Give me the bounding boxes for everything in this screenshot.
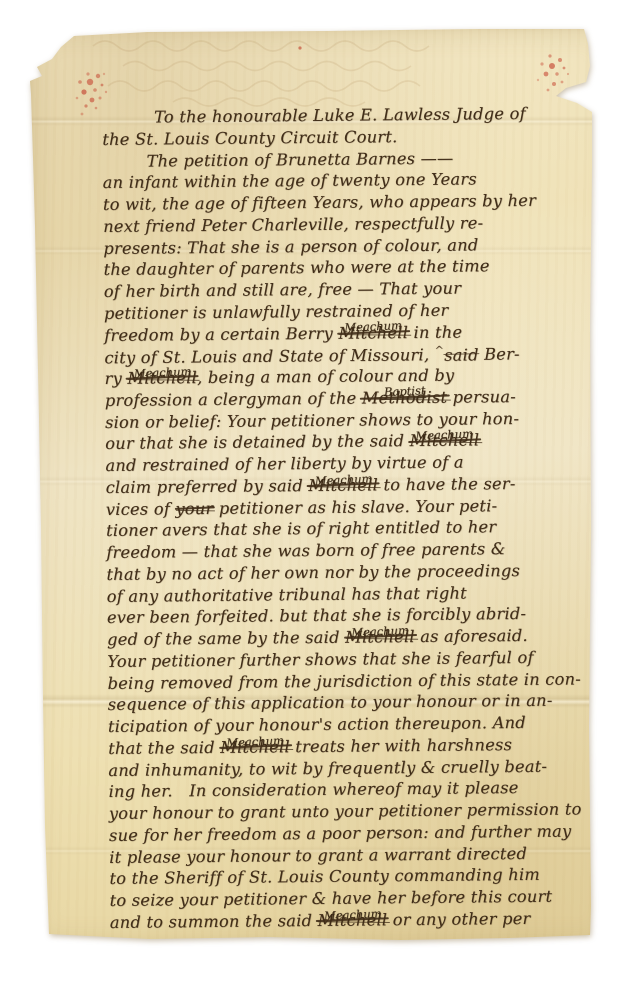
text-segment: ticipation of your honour's action there… bbox=[108, 713, 526, 736]
inserted-word: Meachum bbox=[351, 623, 409, 640]
inserted-word: Meachum bbox=[133, 364, 191, 381]
text-segment: vices of bbox=[106, 499, 176, 519]
bleed-through-writing bbox=[83, 32, 553, 110]
text-segment: petitioner as his slave. Your peti- bbox=[213, 496, 497, 518]
inserted-word: Meachum bbox=[415, 427, 473, 444]
correction-group: MitchellMeachum bbox=[409, 431, 479, 451]
text-segment: sue for her freedom as a poor person: an… bbox=[109, 821, 572, 844]
correction-group: MitchellMeachum bbox=[338, 323, 408, 343]
red-speck bbox=[296, 44, 304, 52]
text-segment: an infant within the age of twenty one Y… bbox=[103, 170, 477, 193]
text-segment: it please your honour to grant a warrant… bbox=[109, 843, 527, 866]
text-segment: that by no act of her own nor by the pro… bbox=[106, 561, 520, 584]
document-paper: To the honourable Luke E. Lawless Judge … bbox=[28, 26, 616, 948]
manuscript-line: and to summon the said MitchellMeachum o… bbox=[110, 908, 610, 935]
text-segment: sequence of this application to your hon… bbox=[108, 691, 553, 714]
scan-background: { "colors": { "background": "#ffffff", "… bbox=[0, 0, 640, 982]
text-segment: claim preferred by said bbox=[106, 476, 309, 497]
text-segment: the St. Louis County Circuit Court. bbox=[102, 127, 397, 149]
correction-group: MitchellMeachum bbox=[317, 910, 387, 930]
text-segment: ing her. In consideration whereof may it… bbox=[108, 778, 518, 801]
correction-group: MitchellMeachum bbox=[345, 627, 415, 647]
text-segment: as aforesaid. bbox=[415, 626, 528, 646]
text-segment: our that she is detained by the said bbox=[105, 431, 410, 453]
text-segment: ged of the same by the said bbox=[107, 628, 345, 649]
correction-group: MethodistBaptist bbox=[362, 387, 448, 407]
text-segment: and restrained of her liberty by virtue … bbox=[105, 453, 463, 475]
inserted-word: Meachum bbox=[314, 471, 372, 488]
wax-stain-right bbox=[524, 40, 582, 102]
text-segment: in the bbox=[408, 322, 462, 342]
text-segment: treats her with harshness bbox=[290, 735, 512, 756]
inserted-word: Meachum bbox=[226, 733, 284, 750]
inserted-word: Baptist bbox=[383, 383, 425, 400]
text-segment: To the honourable Luke E. Lawless Judge … bbox=[154, 104, 526, 127]
text-segment: or any other per bbox=[387, 909, 530, 929]
text-segment: freedom by a certain Berry bbox=[104, 323, 338, 344]
text-segment: profession a clergyman of the bbox=[105, 388, 362, 409]
text-segment: being removed from the jurisdiction of t… bbox=[107, 669, 581, 693]
text-segment: to the Sheriff of St. Louis County comma… bbox=[109, 865, 540, 888]
text-segment: freedom — that she was born of free pare… bbox=[106, 539, 505, 562]
text-segment: and inhumanity, to wit by frequently & c… bbox=[108, 756, 547, 779]
text-segment: the daughter of parents who were at the … bbox=[103, 257, 489, 280]
manuscript-text: To the honourable Luke E. Lawless Judge … bbox=[102, 103, 610, 934]
text-segment: The petition of Brunetta Barnes —— bbox=[146, 148, 453, 170]
text-segment: presents: That she is a person of colour… bbox=[103, 235, 478, 258]
inserted-word: Meachum bbox=[323, 906, 381, 923]
text-segment: and to summon the said bbox=[110, 911, 318, 932]
paper-sheet: To the honourable Luke E. Lawless Judge … bbox=[28, 26, 616, 948]
text-segment: city of St. Louis and State of Missouri, bbox=[104, 345, 434, 367]
text-segment: next friend Peter Charleville, respectfu… bbox=[103, 213, 483, 236]
text-segment: of her birth and still are, free — That … bbox=[104, 279, 462, 301]
text-segment: that the said bbox=[108, 738, 220, 758]
text-segment: Ber- bbox=[479, 345, 520, 364]
text-segment: to have the ser- bbox=[378, 474, 516, 494]
text-segment: tioner avers that she is of right entitl… bbox=[106, 517, 496, 540]
caret-mark: ^ bbox=[435, 344, 445, 357]
struck-word: your bbox=[175, 498, 213, 517]
text-segment: to seize your petitioner & have her befo… bbox=[110, 887, 553, 910]
struck-word: said bbox=[444, 345, 479, 364]
text-segment: your honour to grant unto your petitione… bbox=[109, 799, 582, 823]
text-segment: ever been forfeited. but that she is for… bbox=[107, 604, 526, 627]
text-segment: Your petitioner further shows that she i… bbox=[107, 648, 534, 671]
text-segment: to wit, the age of fifteen Years, who ap… bbox=[103, 191, 536, 214]
correction-group: MitchellMeachum bbox=[308, 475, 378, 495]
text-segment: ry bbox=[105, 369, 128, 388]
text-segment: persua- bbox=[447, 387, 516, 407]
correction-group: MitchellMeachum bbox=[220, 737, 290, 757]
correction-group: MitchellMeachum bbox=[127, 368, 197, 388]
text-segment: of any authoritative tribunal has that r… bbox=[107, 583, 467, 605]
